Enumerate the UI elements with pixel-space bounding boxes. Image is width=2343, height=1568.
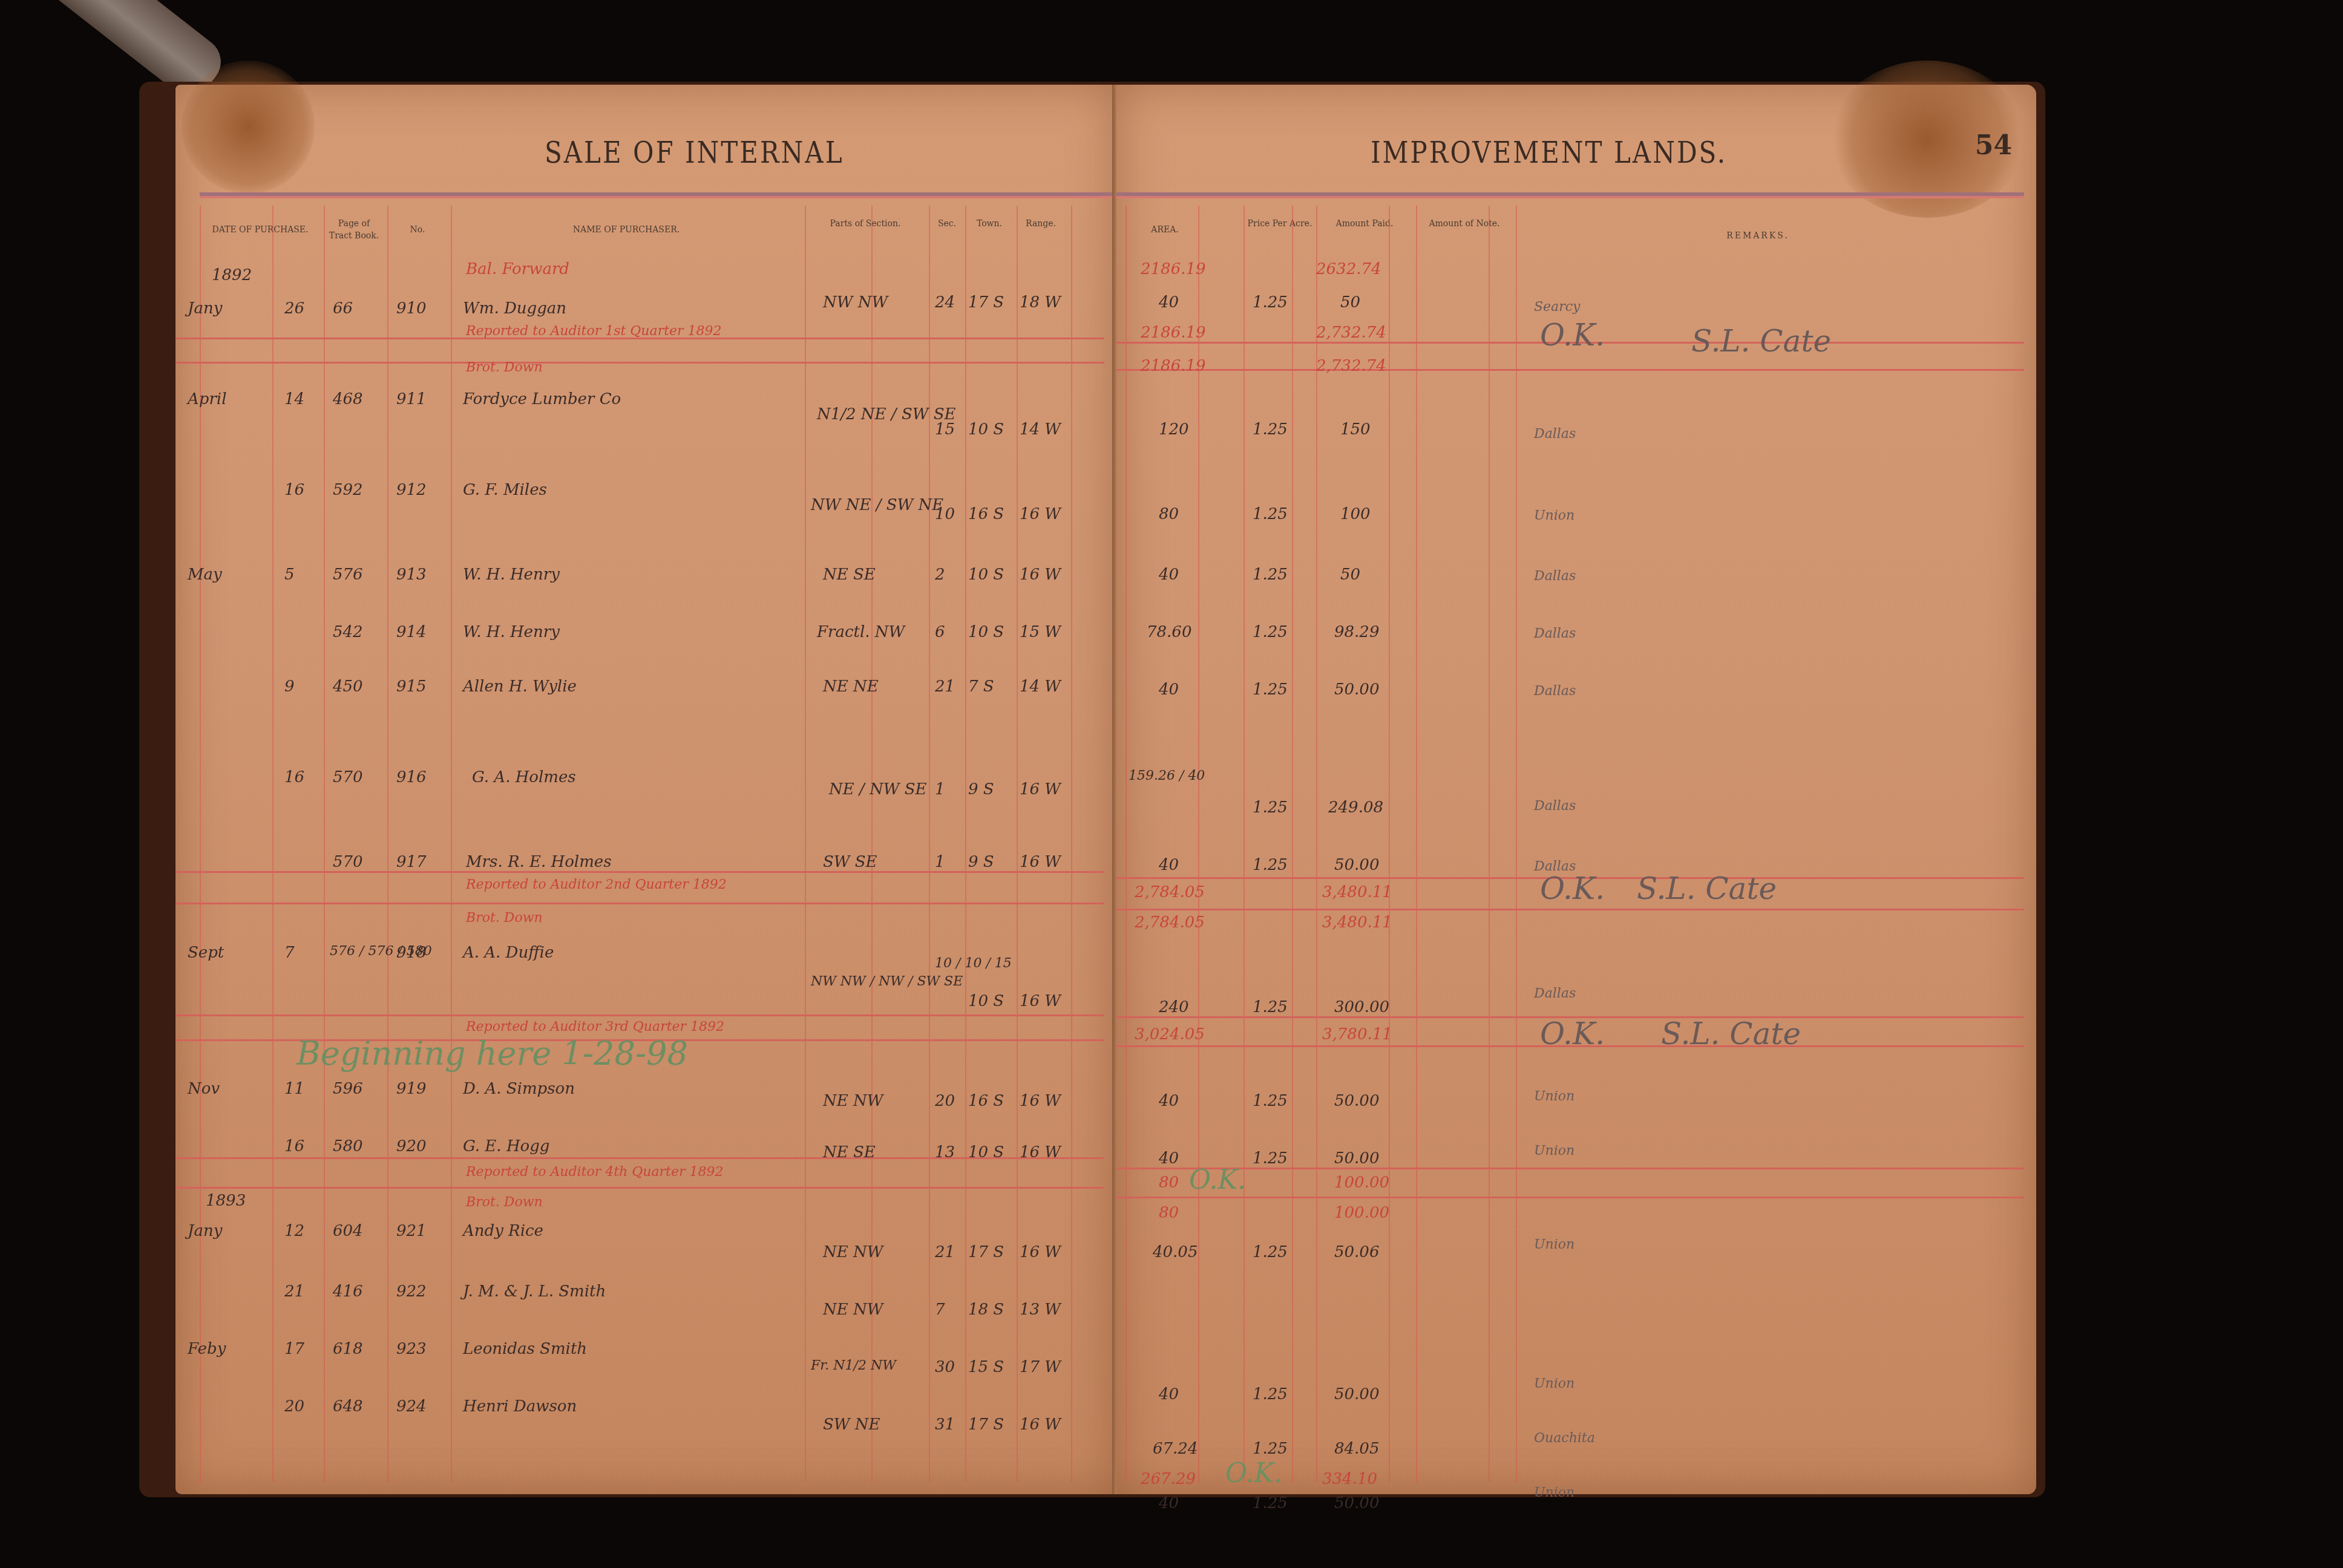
section-rule — [1116, 1197, 2024, 1198]
entry-parts: SW NE — [823, 1416, 880, 1434]
entry-parts: NE SE — [823, 1143, 876, 1161]
entry-parts: NE / NW SE — [829, 780, 927, 799]
entry-day: 14 — [284, 390, 304, 408]
brought-area: 80 — [1159, 1204, 1179, 1222]
entry-sec: 1 — [935, 780, 945, 799]
header-rule — [200, 192, 1116, 196]
total-area: 267.29 — [1141, 1470, 1196, 1488]
entry-remarks: Ouachita — [1534, 1431, 1595, 1446]
entry-page: 416 — [333, 1282, 363, 1301]
entry-amount: 300.00 — [1334, 998, 1389, 1016]
entry-amount: 50.00 — [1334, 1149, 1379, 1168]
entry-page: 648 — [333, 1397, 363, 1416]
entry-price: 1.25 — [1253, 1440, 1288, 1458]
column-rule — [451, 206, 452, 1482]
brought-paid: 100.00 — [1334, 1204, 1389, 1222]
year-label: 1893 — [206, 1192, 246, 1210]
entry-day: 16 — [284, 768, 304, 786]
entry-amount: 50.00 — [1334, 1385, 1379, 1403]
green-note: Beginning here 1-28-98 — [297, 1034, 688, 1073]
water-stain — [182, 60, 315, 194]
entry-no: 916 — [396, 768, 427, 786]
entry-amount: 84.05 — [1334, 1440, 1379, 1458]
entry-month: Nov — [188, 1080, 220, 1098]
brought-label: Brot. Down — [466, 910, 543, 926]
entry-name: W. H. Henry — [463, 623, 560, 641]
report-paid: 3,480.11 — [1322, 883, 1392, 901]
entry-area: 40 — [1159, 293, 1179, 312]
report-signature: S.L. Cate — [1637, 871, 1777, 906]
entry-page: 580 — [333, 1137, 363, 1155]
section-rule — [1116, 909, 2024, 910]
entry-town: 15 S — [968, 1358, 1004, 1376]
header-rule — [1116, 192, 2024, 196]
column-rule — [871, 206, 873, 1482]
col-tract-page: Page of Tract Book. — [327, 218, 381, 242]
entry-name: D. A. Simpson — [463, 1080, 575, 1098]
entry-amount: 50.06 — [1334, 1243, 1379, 1261]
entry-parts: NE NE — [823, 678, 879, 696]
report-signoff: O.K. — [1540, 318, 1605, 353]
entry-price: 1.25 — [1253, 799, 1288, 817]
entry-page: 576 — [333, 566, 363, 584]
section-rule — [175, 1187, 1104, 1189]
col-date: DATE OF PURCHASE. — [200, 224, 321, 236]
entry-area: 40 — [1159, 856, 1179, 874]
entry-day: 20 — [284, 1397, 304, 1416]
entry-parts: NW NW — [823, 293, 888, 312]
entry-town: 10 S — [968, 420, 1004, 439]
entry-page: 542 — [333, 623, 363, 641]
report-label: Reported to Auditor 2nd Quarter 1892 — [466, 877, 727, 892]
entry-area: 40 — [1159, 1092, 1179, 1110]
entry-sec: 13 — [935, 1143, 955, 1161]
entry-no: 915 — [396, 678, 427, 696]
report-signoff: O.K. — [1189, 1165, 1246, 1195]
report-signature: S.L. Cate — [1661, 1016, 1801, 1051]
entry-day: 16 — [284, 1137, 304, 1155]
entry-price: 1.25 — [1253, 998, 1288, 1016]
col-sec: Sec. — [929, 218, 965, 230]
entry-range: 16 W — [1020, 780, 1061, 799]
brought-area: 2,784.05 — [1135, 913, 1205, 932]
entry-price: 1.25 — [1253, 1092, 1288, 1110]
entry-remarks: Union — [1534, 1143, 1575, 1158]
report-paid: 2,732.74 — [1316, 324, 1386, 342]
entry-town: 7 S — [968, 678, 994, 696]
column-rule — [805, 206, 806, 1482]
entry-remarks: Union — [1534, 1376, 1575, 1391]
entry-area: 40 — [1159, 1149, 1179, 1168]
report-label: Reported to Auditor 4th Quarter 1892 — [466, 1165, 723, 1180]
entry-parts: NE NW — [823, 1092, 883, 1110]
column-rule — [387, 206, 388, 1482]
entry-parts: NW NE / SW NE — [811, 496, 943, 514]
report-paid: 100.00 — [1334, 1174, 1389, 1192]
entry-remarks: Union — [1534, 508, 1575, 523]
entry-amount: 50.00 — [1334, 1092, 1379, 1110]
entry-price: 1.25 — [1253, 1243, 1288, 1261]
right-page: IMPROVEMENT LANDS. 54 AREA. Price Per Ac… — [1116, 85, 2036, 1494]
entry-day: 21 — [284, 1282, 304, 1301]
ledger-title-left: SALE OF INTERNAL — [545, 136, 844, 169]
entry-range: 16 W — [1020, 853, 1061, 871]
entry-name: Fordyce Lumber Co — [463, 390, 621, 408]
entry-town: 10 S — [968, 992, 1004, 1010]
entry-month: Sept — [188, 944, 224, 962]
report-signoff: O.K. — [1540, 1016, 1605, 1051]
brought-paid: 3,480.11 — [1322, 913, 1392, 932]
brought-area: 2186.19 — [1141, 357, 1206, 375]
entry-town: 17 S — [968, 1243, 1004, 1261]
entry-sec: 6 — [935, 623, 945, 641]
ledger-title-right: IMPROVEMENT LANDS. — [1371, 136, 1727, 169]
entry-area: 80 — [1159, 505, 1179, 523]
column-rule — [1489, 206, 1490, 1482]
total-paid: 334.10 — [1322, 1470, 1377, 1488]
column-rule — [1416, 206, 1417, 1482]
column-rule — [929, 206, 930, 1482]
page-number: 54 — [1975, 130, 2012, 161]
entry-price: 1.25 — [1253, 681, 1288, 699]
entry-no: 922 — [396, 1282, 427, 1301]
forward-paid: 2632.74 — [1316, 260, 1381, 278]
entry-remarks: Dallas — [1534, 626, 1576, 641]
section-rule — [175, 362, 1104, 364]
entry-sec: 1 — [935, 853, 945, 871]
entry-page: 592 — [333, 481, 363, 499]
entry-day: 17 — [284, 1340, 304, 1358]
entry-amount: 50 — [1340, 293, 1360, 312]
entry-day: 5 — [284, 566, 295, 584]
report-area: 2,784.05 — [1135, 883, 1205, 901]
entry-price: 1.25 — [1253, 1385, 1288, 1403]
entry-range: 16 W — [1020, 1416, 1061, 1434]
column-rule — [272, 206, 274, 1482]
entry-remarks: Searcy — [1534, 299, 1580, 315]
column-rule — [1017, 206, 1018, 1482]
entry-sec: 20 — [935, 1092, 955, 1110]
entry-no: 910 — [396, 299, 427, 318]
entry-price: 1.25 — [1253, 566, 1288, 584]
entry-price: 1.25 — [1253, 623, 1288, 641]
entry-no: 919 — [396, 1080, 427, 1098]
entry-amount: 98.29 — [1334, 623, 1379, 641]
entry-no: 924 — [396, 1397, 427, 1416]
entry-remarks: Dallas — [1534, 986, 1576, 1001]
entry-page: 618 — [333, 1340, 363, 1358]
section-rule — [1116, 369, 2024, 371]
entry-name: A. A. Duffie — [463, 944, 554, 962]
entry-remarks: Dallas — [1534, 799, 1576, 814]
entry-price: 1.25 — [1253, 420, 1288, 439]
entry-day: 16 — [284, 481, 304, 499]
entry-town: 17 S — [968, 293, 1004, 312]
entry-page: 596 — [333, 1080, 363, 1098]
entry-area: 120 — [1159, 420, 1189, 439]
entry-name: Wm. Duggan — [463, 299, 566, 318]
column-rule — [1198, 206, 1199, 1482]
section-rule — [175, 871, 1104, 873]
entry-day: 7 — [284, 944, 295, 962]
entry-month: Feby — [188, 1340, 226, 1358]
entry-no: 917 — [396, 853, 427, 871]
column-rule — [1244, 206, 1245, 1482]
col-parts-of-section: Parts of Section. — [805, 218, 926, 230]
entry-name: Andy Rice — [463, 1222, 543, 1240]
entry-sec: 15 — [935, 420, 955, 439]
entry-range: 16 W — [1020, 505, 1061, 523]
column-rule — [1516, 206, 1517, 1482]
report-label: Reported to Auditor 1st Quarter 1892 — [466, 324, 722, 339]
entry-range: 16 W — [1020, 1143, 1061, 1161]
column-rule — [1126, 206, 1127, 1482]
entry-name: G. A. Holmes — [472, 768, 576, 786]
entry-range: 13 W — [1020, 1301, 1061, 1319]
report-signature: S.L. Cate — [1691, 324, 1831, 359]
col-no: No. — [387, 224, 448, 236]
entry-remarks: Dallas — [1534, 684, 1576, 699]
column-rule — [1316, 206, 1317, 1482]
brought-label: Brot. Down — [466, 1195, 543, 1210]
entry-range: 15 W — [1020, 623, 1061, 641]
entry-remarks: Union — [1534, 1485, 1575, 1500]
entry-town: 17 S — [968, 1416, 1004, 1434]
column-rule — [324, 206, 325, 1482]
entry-name: G. E. Hogg — [463, 1137, 550, 1155]
entry-sec: 2 — [935, 566, 945, 584]
brought-label: Brot. Down — [466, 360, 543, 375]
entry-sec: 10 / 10 / 15 — [935, 956, 1012, 971]
entry-month: Jany — [188, 1222, 222, 1240]
entry-sec: 10 — [935, 505, 955, 523]
entry-area: 159.26 / 40 — [1129, 768, 1205, 783]
entry-page: 450 — [333, 678, 363, 696]
entry-parts: NE SE — [823, 566, 876, 584]
entry-name: Leonidas Smith — [463, 1340, 587, 1358]
entry-town: 10 S — [968, 623, 1004, 641]
entry-page: 604 — [333, 1222, 363, 1240]
entry-price: 1.25 — [1253, 505, 1288, 523]
entry-day: 12 — [284, 1222, 304, 1240]
entry-amount: 249.08 — [1328, 799, 1383, 817]
entry-amount: 150 — [1340, 420, 1371, 439]
col-amount-of-note: Amount of Note. — [1416, 218, 1513, 230]
section-rule — [175, 903, 1104, 904]
entry-amount: 50 — [1340, 566, 1360, 584]
entry-sec: 30 — [935, 1358, 955, 1376]
column-rule — [1071, 206, 1072, 1482]
entry-name: Allen H. Wylie — [463, 678, 577, 696]
entry-area: 40 — [1159, 566, 1179, 584]
entry-town: 18 S — [968, 1301, 1004, 1319]
left-page: SALE OF INTERNAL DATE OF PURCHASE. Page … — [175, 85, 1116, 1494]
entry-sec: 31 — [935, 1416, 955, 1434]
col-range: Range. — [1017, 218, 1065, 230]
col-town: Town. — [965, 218, 1014, 230]
entry-area: 78.60 — [1147, 623, 1191, 641]
col-amount-paid: Amount Paid. — [1316, 218, 1413, 230]
entry-area: 240 — [1159, 998, 1189, 1016]
entry-range: 16 W — [1020, 566, 1061, 584]
report-signoff: O.K. — [1540, 871, 1605, 906]
entry-parts: NE NW — [823, 1243, 883, 1261]
entry-range: 18 W — [1020, 293, 1061, 312]
entry-no: 923 — [396, 1340, 427, 1358]
year-label: 1892 — [212, 266, 252, 284]
entry-range: 14 W — [1020, 420, 1061, 439]
entry-no: 921 — [396, 1222, 427, 1240]
column-rule — [1389, 206, 1390, 1482]
report-paid: 3,780.11 — [1322, 1025, 1392, 1044]
entry-parts: SW SE — [823, 853, 877, 871]
entry-town: 9 S — [968, 780, 994, 799]
entry-name: G. F. Miles — [463, 481, 547, 499]
entry-town: 10 S — [968, 1143, 1004, 1161]
entry-remarks: Union — [1534, 1089, 1575, 1104]
entry-parts: NE NW — [823, 1301, 883, 1319]
entry-no: 920 — [396, 1137, 427, 1155]
entry-amount: 50.00 — [1334, 856, 1379, 874]
entry-no: 914 — [396, 623, 427, 641]
entry-range: 14 W — [1020, 678, 1061, 696]
entry-name: J. M. & J. L. Smith — [463, 1282, 606, 1301]
entry-remarks: Union — [1534, 1237, 1575, 1252]
entry-remarks: Dallas — [1534, 426, 1576, 442]
entry-sec: 21 — [935, 678, 955, 696]
report-area: 2186.19 — [1141, 324, 1206, 342]
entry-town: 16 S — [968, 1092, 1004, 1110]
entry-no: 913 — [396, 566, 427, 584]
entry-parts: Fractl. NW — [817, 623, 905, 641]
entry-page: 66 — [333, 299, 353, 318]
entry-page: 468 — [333, 390, 363, 408]
entry-area: 40.05 — [1153, 1243, 1198, 1261]
entry-name: Henri Dawson — [463, 1397, 577, 1416]
report-label: Reported to Auditor 3rd Quarter 1892 — [466, 1019, 724, 1034]
entry-parts: Fr. N1/2 NW — [811, 1358, 896, 1373]
entry-area: 67.24 — [1153, 1440, 1198, 1458]
entry-amount: 100 — [1340, 505, 1371, 523]
entry-parts: NW NW / NW / SW SE — [811, 974, 963, 989]
entry-no: 918 — [396, 944, 427, 962]
col-remarks: REMARKS. — [1516, 230, 2000, 242]
col-price-per-acre: Price Per Acre. — [1247, 218, 1313, 230]
entry-sec: 21 — [935, 1243, 955, 1261]
report-area: 3,024.05 — [1135, 1025, 1205, 1044]
entry-name: Mrs. R. E. Holmes — [466, 853, 612, 871]
entry-name: W. H. Henry — [463, 566, 560, 584]
col-area: AREA. — [1129, 224, 1201, 236]
entry-town: 9 S — [968, 853, 994, 871]
entry-price: 1.25 — [1253, 1494, 1288, 1512]
entry-month: Jany — [188, 299, 222, 318]
entry-area: 40 — [1159, 681, 1179, 699]
entry-price: 1.25 — [1253, 856, 1288, 874]
entry-month: May — [188, 566, 222, 584]
entry-range: 17 W — [1020, 1358, 1061, 1376]
section-rule — [175, 1014, 1104, 1016]
entry-month: April — [188, 390, 226, 408]
column-rule — [965, 206, 966, 1482]
entry-day: 26 — [284, 299, 304, 318]
entry-price: 1.25 — [1253, 293, 1288, 312]
total-signoff: O.K. — [1225, 1458, 1282, 1489]
brought-paid: 2,732.74 — [1316, 357, 1386, 375]
entry-area: 40 — [1159, 1385, 1179, 1403]
forward-label: Bal. Forward — [466, 260, 569, 278]
section-rule — [175, 1157, 1104, 1159]
entry-town: 16 S — [968, 505, 1004, 523]
entry-sec: 24 — [935, 293, 955, 312]
entry-range: 16 W — [1020, 992, 1061, 1010]
entry-remarks: Dallas — [1534, 569, 1576, 584]
entry-day: 9 — [284, 678, 295, 696]
entry-price: 1.25 — [1253, 1149, 1288, 1168]
entry-page: 570 — [333, 853, 363, 871]
report-area: 80 — [1159, 1174, 1179, 1192]
entry-town: 10 S — [968, 566, 1004, 584]
entry-no: 912 — [396, 481, 427, 499]
entry-page: 570 — [333, 768, 363, 786]
entry-range: 16 W — [1020, 1092, 1061, 1110]
column-rule — [1292, 206, 1293, 1482]
entry-amount: 50.00 — [1334, 1494, 1379, 1512]
forward-area: 2186.19 — [1141, 260, 1206, 278]
entry-amount: 50.00 — [1334, 681, 1379, 699]
entry-area: 40 — [1159, 1494, 1179, 1512]
entry-day: 11 — [284, 1080, 304, 1098]
entry-no: 911 — [396, 390, 427, 408]
entry-range: 16 W — [1020, 1243, 1061, 1261]
col-purchaser: NAME OF PURCHASER. — [454, 224, 799, 236]
section-rule — [1116, 1168, 2024, 1169]
entry-sec: 7 — [935, 1301, 945, 1319]
